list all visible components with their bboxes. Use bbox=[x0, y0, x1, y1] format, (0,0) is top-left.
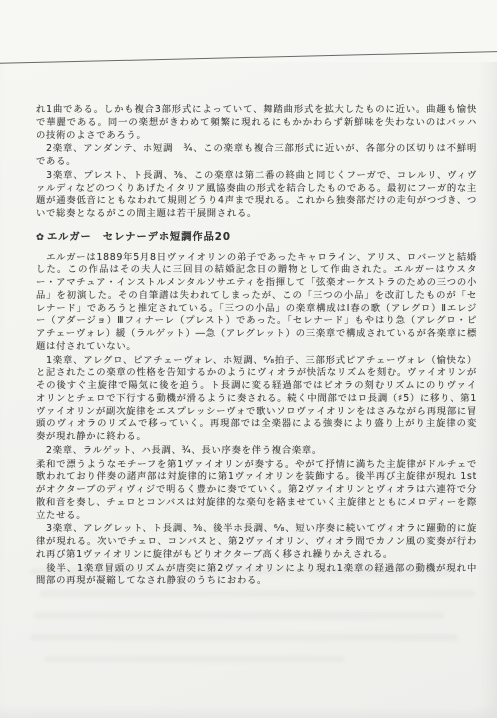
document-text: れ1曲である。しかも複合3部形式によっていて、舞踏曲形式を拡大したものに近い。曲… bbox=[36, 104, 477, 589]
paragraph-elgar-movement-3-ending: 後半、1楽章冒頭のリズムが唐突に第2ヴァイオリンにより現れ1楽章の経過部の動機が… bbox=[36, 563, 477, 589]
paragraph-elgar-movement-2-body: 柔和で漂うようなモチーフを第1ヴァイオリンが奏する。やがて抒情に満ちた主旋律がド… bbox=[36, 459, 477, 523]
paragraph-bach-movement-2: 2楽章、アンダンテ、ホ短調 ¾、この楽章も複合三部形式に近いが、各部分の区切りは… bbox=[36, 143, 477, 169]
paragraph-elgar-movement-2-head: 2楽章、ラルゲット、ハ長調、¾、長い序奏を伴う複合楽章。 bbox=[36, 445, 477, 458]
ink-bleed-through bbox=[34, 612, 444, 619]
ink-bleed-through bbox=[44, 656, 344, 662]
paragraph-elgar-background: エルガーは1889年5月8日ヴァイオリンの弟子であったキャロライン、アリス、ロバ… bbox=[36, 252, 477, 354]
ink-bleed-through bbox=[30, 634, 458, 641]
section-heading: ✿ エルガー セレナーデホ短調作品20 bbox=[36, 232, 477, 245]
paragraph-elgar-movement-3: 3楽章、アレグレット、ト長調、⅜、後半ホ長調、⁶⁄₈、短い序奏に続いてヴィオラに… bbox=[36, 523, 477, 561]
paragraph-bach-continuation: れ1曲である。しかも複合3部形式によっていて、舞踏曲形式を拡大したものに近い。曲… bbox=[36, 104, 477, 142]
ink-bleed-through bbox=[40, 590, 475, 597]
scanned-book-page: れ1曲である。しかも複合3部形式によっていて、舞踏曲形式を拡大したものに近い。曲… bbox=[0, 0, 497, 718]
flower-bullet-icon: ✿ bbox=[36, 233, 45, 243]
paragraph-bach-movement-3: 3楽章、プレスト、ト長調、⅜、この楽章は第二番の終曲と同じくフーガで、コレルリ、… bbox=[36, 170, 477, 221]
paragraph-elgar-movement-1: 1楽章、アレグロ、ピアチェーヴォレ、ホ短調、⁶⁄₈拍子、三部形式ピアチェーヴォレ… bbox=[36, 355, 477, 444]
ink-bleed-through bbox=[30, 568, 450, 575]
section-title: エルガー セレナーデホ短調作品20 bbox=[47, 232, 231, 245]
